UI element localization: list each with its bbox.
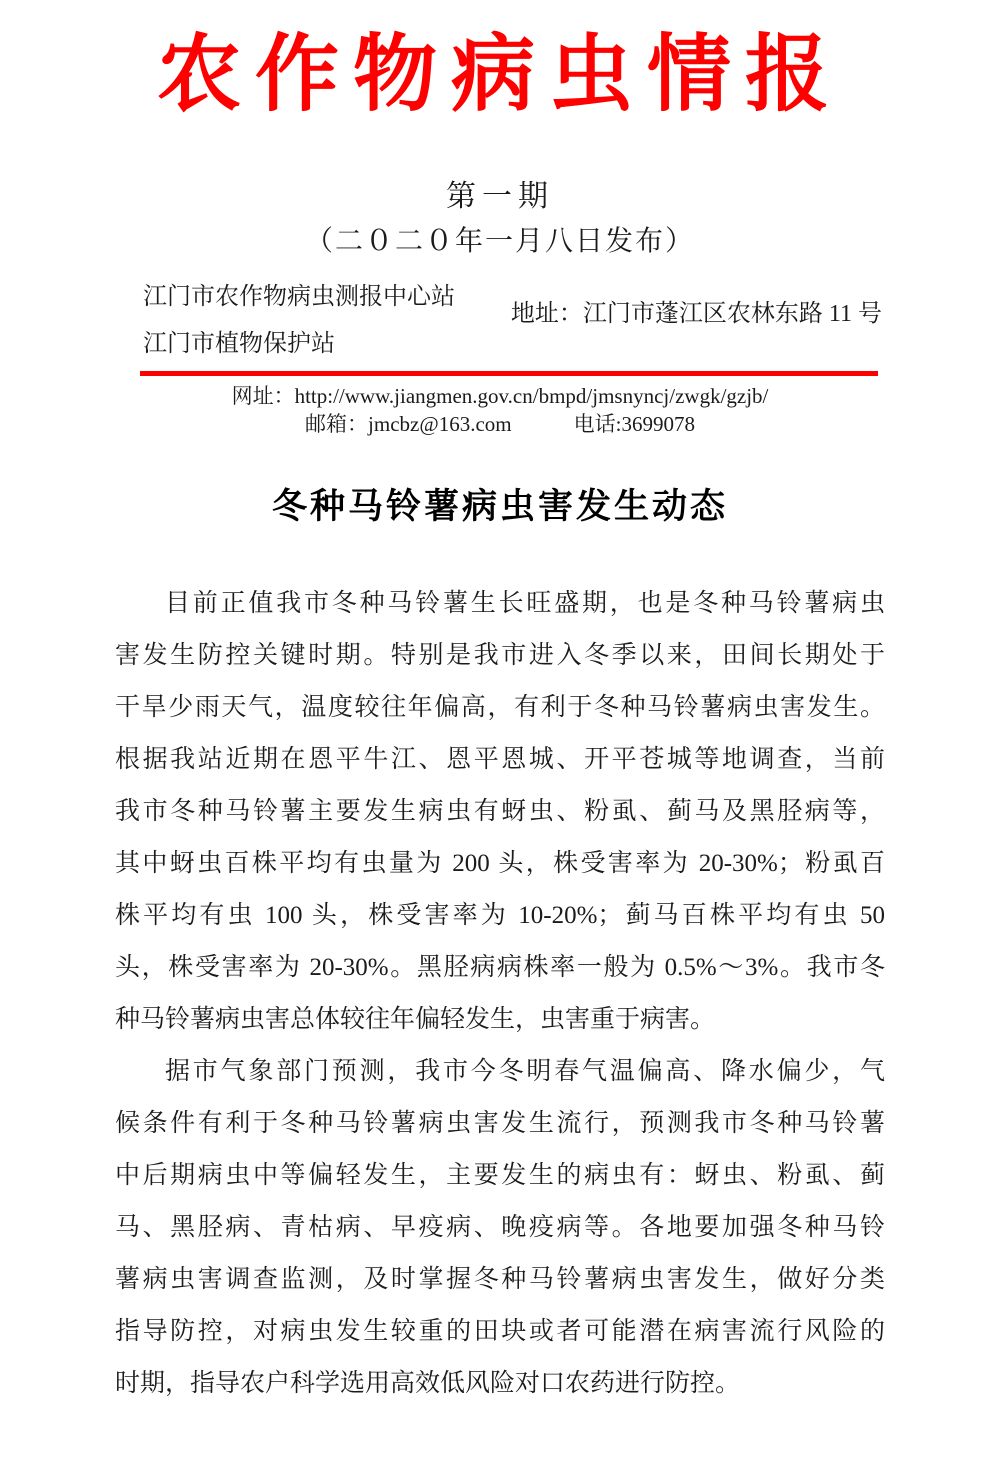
contact-row: 邮箱：jmcbz@163.com 电话:3699078 <box>0 410 1000 438</box>
body-text-line: 马、黑胫病、青枯病、早疫病、晚疫病等。各地要加强冬种马铃 <box>115 1202 885 1254</box>
body-text-line: 头，株受害率为 20-30%。黑胫病病株率一般为 0.5%～3%。我市冬 <box>115 942 885 994</box>
body-text-line: 时期，指导农户科学选用高效低风险对口农药进行防控。 <box>115 1358 885 1410</box>
org-block: 江门市农作物病虫测报中心站 江门市植物保护站 <box>143 274 455 368</box>
org-name-primary: 江门市农作物病虫测报中心站 <box>143 274 455 321</box>
document-page: 农作物病虫情报 第一期 （二０二０年一月八日发布） 江门市农作物病虫测报中心站 … <box>0 0 1000 1459</box>
article-body: 目前正值我市冬种马铃薯生长旺盛期，也是冬种马铃薯病虫害发生防控关键时期。特别是我… <box>115 578 885 1410</box>
body-text-line: 害发生防控关键时期。特别是我市进入冬季以来，田间长期处于 <box>115 630 885 682</box>
address-line: 地址：江门市蓬江区农林东路 11 号 <box>511 299 882 343</box>
website-line: 网址：http://www.jiangmen.gov.cn/bmpd/jmsny… <box>0 382 1000 410</box>
body-text-line: 据市气象部门预测，我市今冬明春气温偏高、降水偏少，气 <box>115 1046 885 1098</box>
body-text-line: 其中蚜虫百株平均有虫量为 200 头，株受害率为 20-30%；粉虱百 <box>115 838 885 890</box>
body-text-line: 种马铃薯病虫害总体较往年偏轻发生，虫害重于病害。 <box>115 994 885 1046</box>
body-text-line: 薯病虫害调查监测，及时掌握冬种马铃薯病虫害发生，做好分类 <box>115 1254 885 1306</box>
body-text-line: 候条件有利于冬种马铃薯病虫害发生流行，预测我市冬种马铃薯 <box>115 1098 885 1150</box>
body-text-line: 目前正值我市冬种马铃薯生长旺盛期，也是冬种马铃薯病虫 <box>115 578 885 630</box>
header-info-row: 江门市农作物病虫测报中心站 江门市植物保护站 地址：江门市蓬江区农林东路 11 … <box>0 274 1000 368</box>
body-text-line: 干旱少雨天气，温度较往年偏高，有利于冬种马铃薯病虫害发生。 <box>115 682 885 734</box>
body-text-line: 指导防控，对病虫发生较重的田块或者可能潜在病害流行风险的 <box>115 1306 885 1358</box>
body-text-line: 中后期病虫中等偏轻发生，主要发生的病虫有：蚜虫、粉虱、蓟 <box>115 1150 885 1202</box>
contact-email: 邮箱：jmcbz@163.com <box>305 410 512 438</box>
article-title: 冬种马铃薯病虫害发生动态 <box>0 484 1000 530</box>
contact-phone: 电话:3699078 <box>574 410 695 438</box>
body-text-line: 株平均有虫 100 头，株受害率为 10-20%；蓟马百株平均有虫 50 <box>115 890 885 942</box>
org-name-secondary: 江门市植物保护站 <box>143 321 455 368</box>
publish-date: （二０二０年一月八日发布） <box>0 222 1000 262</box>
body-text-line: 根据我站近期在恩平牛江、恩平恩城、开平苍城等地调查，当前 <box>115 734 885 786</box>
red-divider-rule <box>140 371 878 376</box>
issue-number: 第一期 <box>0 176 1000 218</box>
masthead-title: 农作物病虫情报 <box>0 0 1000 132</box>
body-text-line: 我市冬种马铃薯主要发生病虫有蚜虫、粉虱、蓟马及黑胫病等， <box>115 786 885 838</box>
